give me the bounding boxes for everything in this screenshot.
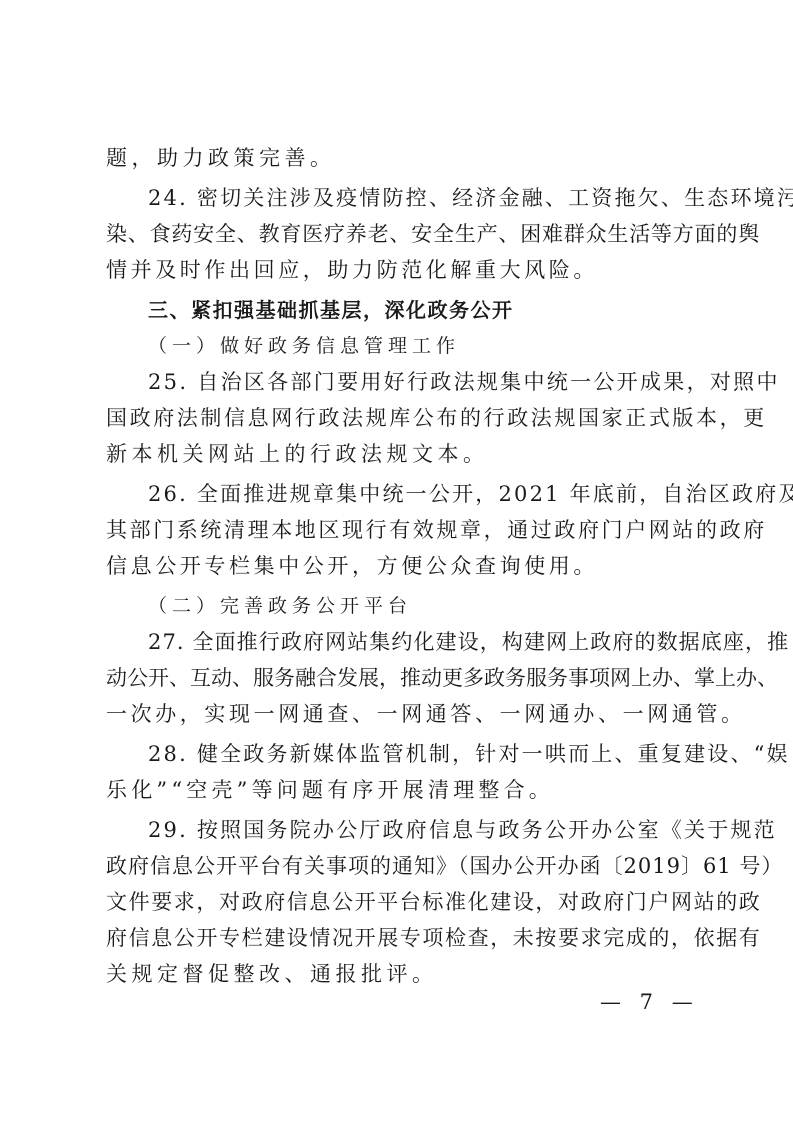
paragraph-26-line-2: 其部门系统清理本地区现行有效规章，通过政府门户网站的政府 [106, 512, 690, 548]
paragraph-29-line-1: 29. 按照国务院办公厅政府信息与政务公开办公室《关于规范 [106, 812, 690, 848]
paragraph-28-line-1: 28. 健全政务新媒体监管机制，针对一哄而上、重复建设、“娱 [106, 736, 690, 772]
paragraph-29-line-5: 关规定督促整改、通报批评。 [106, 956, 690, 992]
page-number: — 7 — [600, 990, 699, 1014]
paragraph-29-line-3: 文件要求，对政府信息公开平台标准化建设，对政府门户网站的政 [106, 884, 690, 920]
paragraph-25-line-2: 国政府法制信息网行政法规库公布的行政法规国家正式版本，更 [106, 400, 690, 436]
section-heading-3: 三、紧扣强基础抓基层，深化政务公开 [106, 292, 690, 328]
paragraph-27-line-1: 27. 全面推行政府网站集约化建设，构建网上政府的数据底座，推 [106, 624, 690, 660]
paragraph-26-line-1: 26. 全面推进规章集中统一公开，2021 年底前，自治区政府及 [106, 476, 690, 512]
paragraph-29-line-2: 政府信息公开平台有关事项的通知》（国办公开办函〔2019〕61 号） [106, 848, 690, 884]
paragraph-27-line-2: 动公开、互动、服务融合发展，推动更多政务服务事项网上办、掌上办、 [106, 660, 690, 696]
paragraph-24-line-1: 24. 密切关注涉及疫情防控、经济金融、工资拖欠、生态环境污 [106, 180, 690, 216]
paragraph-26-line-3: 信息公开专栏集中公开，方便公众查询使用。 [106, 548, 690, 584]
paragraph-24-line-3: 情并及时作出回应，助力防范化解重大风险。 [106, 252, 690, 288]
paragraph-25-line-3: 新本机关网站上的行政法规文本。 [106, 436, 690, 472]
paragraph-29-line-4: 府信息公开专栏建设情况开展专项检查，未按要求完成的，依据有 [106, 920, 690, 956]
document-page: 题，助力政策完善。 24. 密切关注涉及疫情防控、经济金融、工资拖欠、生态环境污… [106, 140, 690, 992]
subsection-heading-2: （二）完善政务公开平台 [106, 588, 690, 624]
paragraph-28-line-2: 乐化”“空壳”等问题有序开展清理整合。 [106, 772, 690, 808]
paragraph-24-line-2: 染、食药安全、教育医疗养老、安全生产、困难群众生活等方面的舆 [106, 216, 690, 252]
paragraph-25-line-1: 25. 自治区各部门要用好行政法规集中统一公开成果，对照中 [106, 364, 690, 400]
subsection-heading-1: （一）做好政务信息管理工作 [106, 328, 690, 364]
paragraph-27-line-3: 一次办，实现一网通查、一网通答、一网通办、一网通管。 [106, 696, 690, 732]
paragraph-23-line-end: 题，助力政策完善。 [106, 140, 690, 176]
